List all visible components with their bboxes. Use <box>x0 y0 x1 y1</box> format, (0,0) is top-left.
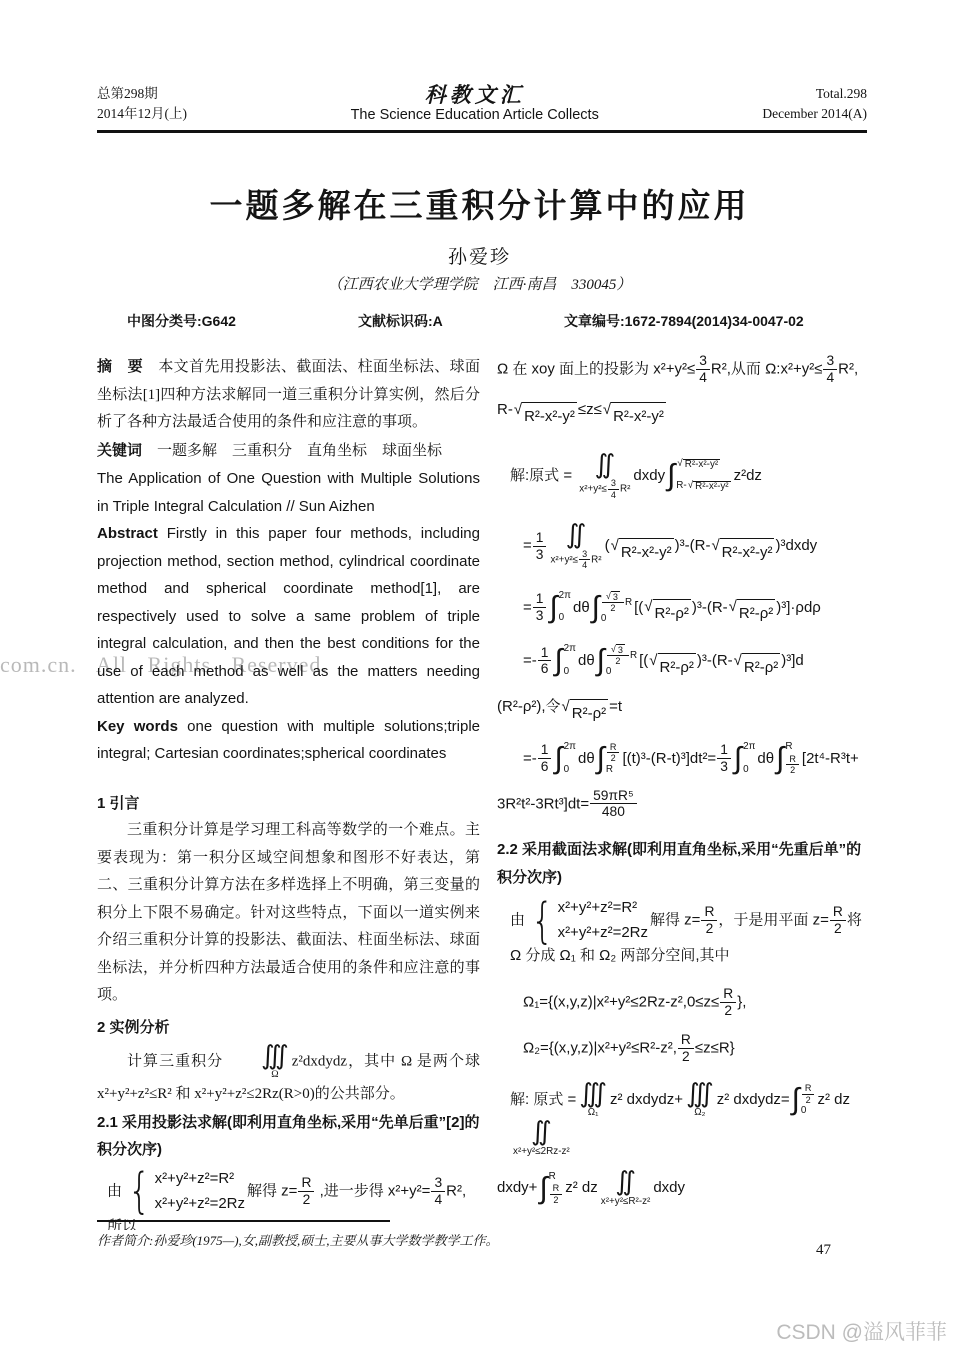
abstract-paragraph: 摘 要 本文首先用投影法、截面法、柱面坐标法、球面坐标法[1]四种方法求解同一道… <box>97 353 480 437</box>
document-code: 文献标识码:A <box>358 311 564 331</box>
issue-info-en: Total.298 December 2014(A) <box>762 84 867 124</box>
english-author: // Sun Aizhen <box>282 498 375 515</box>
keywords-label: 关键词 <box>97 442 142 459</box>
equation-solution-step-2: =13∬x²+y²≤34R²(√R²-x²-y²)³-(R-√R²-x²-y²)… <box>497 522 869 570</box>
issue-info: 总第298期 2014年12月(上) <box>97 84 187 124</box>
equation-z-bounds: R-√R²-x²-y²≤z≤√R²-x²-y² <box>497 396 869 431</box>
equation-result: 3R²t²-3Rt³]dt=59πR⁵480 <box>497 788 869 821</box>
english-keywords-paragraph: Key words one question with multiple sol… <box>97 713 480 768</box>
page-title: 一题多解在三重积分计算中的应用 <box>0 180 959 227</box>
footnote-rule <box>97 1220 390 1222</box>
problem-statement: 计算三重积分 ∭Ωz²dxdydz，其中 Ω 是两个球 x²+y²+z²≤R² … <box>97 1043 480 1109</box>
english-title-paragraph: The Application of One Question with Mul… <box>97 465 480 520</box>
journal-brand: 科教文汇 The Science Education Article Colle… <box>351 84 599 125</box>
equation-section-plane: 由{x²+y²+z²=R²x²+y²+z²=2Rz解得 z=R2，于是用平面 z… <box>497 899 869 970</box>
article-number: 文章编号:1672-7894(2014)34-0047-02 <box>564 311 804 331</box>
total-number: Total.298 <box>762 84 867 104</box>
equation-substitution: (R²-ρ²),令√R²-ρ²=t <box>497 693 869 728</box>
section-2-1-heading: 2.1 采用投影法求解(即利用直角坐标,采用“先单后重”[2]的积分次序) <box>97 1109 480 1164</box>
classification-row: 中图分类号:G642 文献标识码:A 文章编号:1672-7894(2014)3… <box>127 311 867 331</box>
right-column: Ω 在 xoy 面上的投影为 x²+y²≤34R²,从而 Ω:x²+y²≤34R… <box>497 353 869 1208</box>
equation-section-solution-1: 解: 原式 =∭Ω₁z² dxdydz+∭Ω₂z² dxdydz=∫R20z² … <box>497 1081 869 1157</box>
csdn-watermark: CSDN @溢风菲菲 <box>776 1316 947 1346</box>
left-column: 摘 要 本文首先用投影法、截面法、柱面坐标法、球面坐标法[1]四种方法求解同一道… <box>97 353 480 1240</box>
author-bio: 作者简介:孙爱珍(1975—),女,副教授,硕士,主要从事大学数学教学工作。 <box>97 1230 577 1249</box>
equation-solution-step-5: =-16∫2π0dθ∫R2R[(t)³-(R-t)³]dt²=13∫2π0dθ∫… <box>497 742 869 776</box>
equation-section-solution-2: dxdy+∫RR2z² dz∬x²+y²≤R²-z²dxdy <box>497 1169 869 1207</box>
english-keywords-label: Key words <box>97 718 178 735</box>
keywords-paragraph: 关键词 一题多解 三重积分 直角坐标 球面坐标 <box>97 437 480 466</box>
equation-solution-step-1: 解:原式 = ∬x²+y²≤34R²dxdy∫√R²-x²-y²R-√R²-x²… <box>497 452 869 500</box>
header-rule <box>97 130 867 133</box>
equation-omega-1: Ω₁={(x,y,z)|x²+y²≤2Rz-z²,0≤z≤R2}, <box>497 986 869 1019</box>
author-affiliation: （江西农业大学理学院 江西·南昌 330045） <box>0 273 959 294</box>
section-2-2-heading: 2.2 采用截面法求解(即利用直角坐标,采用“先重后单”的积分次序) <box>497 836 869 891</box>
english-abstract-label: Abstract <box>97 525 158 542</box>
issue-date-en: December 2014(A) <box>762 104 867 124</box>
keywords-text: 一题多解 三重积分 直角坐标 球面坐标 <box>157 443 442 459</box>
journal-name-en: The Science Education Article Collects <box>351 106 599 125</box>
journal-page: com.cn. All Rights Reserved. 总第298期 2014… <box>0 0 959 1357</box>
issue-date: 2014年12月(上) <box>97 104 187 124</box>
english-abstract-text: Firstly in this paper four methods, incl… <box>97 525 480 707</box>
page-number: 47 <box>816 1242 831 1259</box>
english-abstract-paragraph: Abstract Firstly in this paper four meth… <box>97 520 480 713</box>
section-1-heading: 1 引言 <box>97 790 480 818</box>
journal-header: 总第298期 2014年12月(上) 科教文汇 The Science Educ… <box>97 84 867 125</box>
abstract-text: 本文首先用投影法、截面法、柱面坐标法、球面坐标法[1]四种方法求解同一道三重积分… <box>97 359 480 430</box>
author-name: 孙爱珍 <box>0 242 959 269</box>
journal-logo: 科教文汇 <box>351 84 599 106</box>
equation-solution-step-4: =-16∫2π0dθ∫√32R0[(√R²-ρ²)³-(R-√R²-ρ²)³]d <box>497 644 869 681</box>
abstract-label: 摘 要 <box>97 358 143 375</box>
clc-number: 中图分类号:G642 <box>127 311 358 331</box>
section-2-heading: 2 实例分析 <box>97 1014 480 1042</box>
equation-omega-2: Ω₂={(x,y,z)|x²+y²≤R²-z²,R2≤z≤R} <box>497 1032 869 1065</box>
equation-solution-step-3: =13∫2π0dθ∫√32R0[(√R²-ρ²)³-(R-√R²-ρ²)³]·ρ… <box>497 591 869 628</box>
issue-number: 总第298期 <box>97 84 187 104</box>
section-1-text: 三重积分计算是学习理工科高等数学的一个难点。主要表现为：第一积分区域空间想象和图… <box>97 817 480 1010</box>
equation-projection-domain: Ω 在 xoy 面上的投影为 x²+y²≤34R²,从而 Ω:x²+y²≤34R… <box>497 353 869 386</box>
